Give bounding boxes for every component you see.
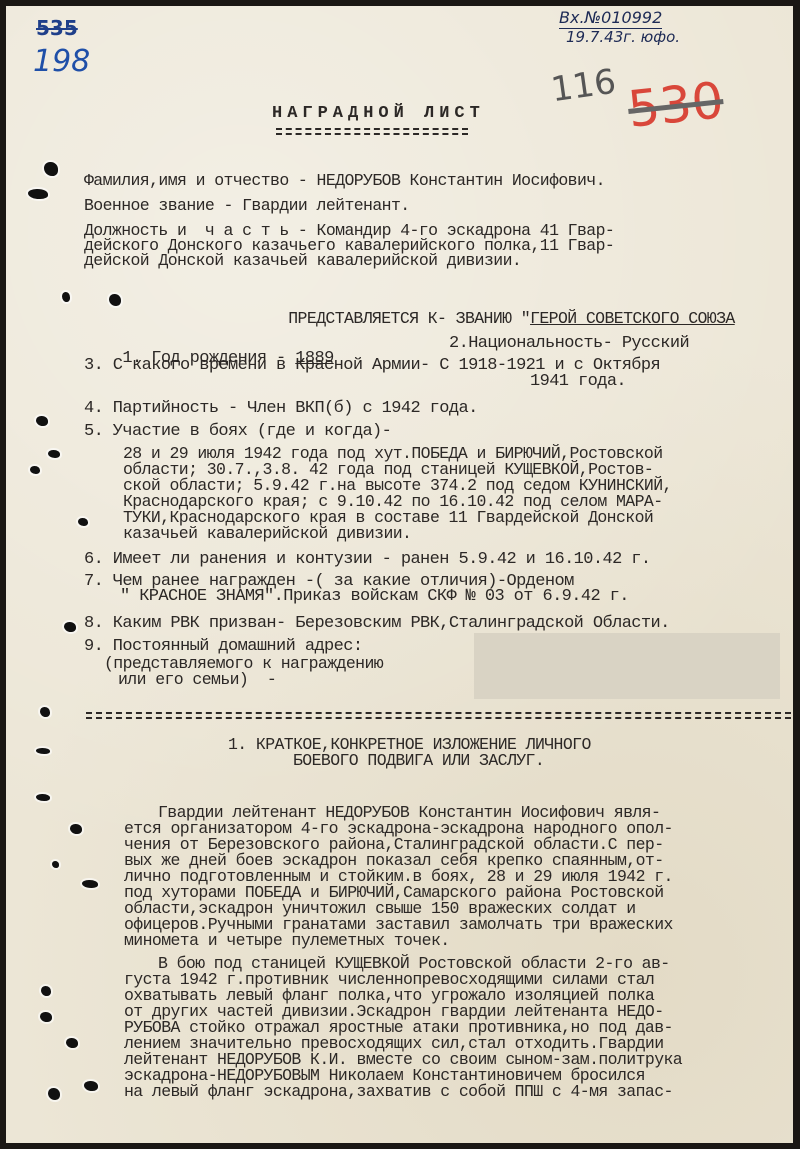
paragraph-1-line: лично подготовленным и стойким.в боях, 2… — [124, 869, 673, 884]
paragraph-2-line: от других частей дивизии.Эскадрон гварди… — [124, 1004, 664, 1019]
paragraph-2-line: на левый фланг эскадрона,захватив с собо… — [124, 1084, 673, 1099]
binding-hole-icon — [66, 1038, 78, 1048]
item-5-battles-line-2: области; 30.7.,3.8. 42 года под станицей… — [123, 462, 653, 477]
rank-field: Военное звание - Гвардии лейтенант. — [84, 198, 410, 213]
paragraph-2-line: эскадрона-НЕДОРУБОВЫМ Николаем Константи… — [124, 1068, 645, 1083]
section-divider — [86, 712, 791, 719]
binding-hole-icon — [84, 1081, 98, 1091]
title-underline — [276, 128, 468, 135]
binding-hole-icon — [70, 824, 82, 834]
paragraph-2-line: густа 1942 г.противник численнопревосход… — [124, 972, 654, 987]
item-5-battles-line-3: ской области; 5.9.42 г.на высоте 374.2 п… — [123, 478, 672, 493]
binding-hole-icon — [36, 416, 48, 426]
binding-hole-icon — [36, 794, 50, 801]
item-5-battles-line-4: Краснодарского края; с 9.10.42 по 16.10.… — [123, 494, 663, 509]
paragraph-1-line: области,эскадрон уничтожил свыше 150 вра… — [124, 901, 636, 916]
position-field-line-3: дейской Донской казачьей кавалерийской д… — [84, 253, 521, 268]
paragraph-2-line: В бою под станицей КУЩЕВКОЙ Ростовской о… — [158, 956, 670, 971]
paragraph-1-line: Гвардии лейтенант НЕДОРУБОВ Константин И… — [158, 805, 660, 820]
item-5-battles-line-1: 28 и 29 июля 1942 года под хут.ПОБЕДА и … — [123, 446, 663, 461]
binding-hole-icon — [28, 189, 48, 199]
redacted-address — [474, 633, 780, 699]
item-9-line-1: 9. Постоянный домашний адрес: — [84, 639, 362, 654]
binding-hole-icon — [48, 1088, 60, 1100]
binding-hole-icon — [52, 861, 59, 868]
item-9-line-2: (представляемого к награждению — [104, 656, 383, 671]
section-1-heading-line-2: БОЕВОГО ПОДВИГА ИЛИ ЗАСЛУГ. — [293, 753, 544, 768]
nomination-award: ГЕРОЙ СОВЕТСКОГО СОЮЗА — [530, 309, 735, 328]
crossed-archive-number: 535 — [36, 16, 78, 40]
document-title: НАГРАДНОЙ ЛИСТ — [272, 104, 485, 123]
binding-hole-icon — [41, 986, 51, 996]
binding-hole-icon — [48, 450, 60, 458]
binding-hole-icon — [109, 294, 121, 306]
binding-hole-icon — [40, 707, 50, 717]
binding-hole-icon — [44, 162, 58, 176]
item-3-line-1: 3. С какого времени в Красной Армии- С 1… — [84, 358, 660, 373]
item-5-battles-line-5: ТУКИ,Краснодарского края в составе 11 Гв… — [123, 510, 653, 525]
incoming-date: 19.7.43г. юфо. — [566, 28, 680, 46]
item-3-line-2: 1941 года. — [530, 374, 626, 389]
item-5-label: 5. Участие в боях (где и когда)- — [84, 424, 391, 439]
paragraph-2-line: лением значительно превосходящих сил,ста… — [124, 1036, 664, 1051]
paragraph-2-line: РУБОВА стойко отражал яростные атаки про… — [124, 1020, 673, 1035]
binding-hole-icon — [78, 518, 88, 526]
paragraph-2-line: охватывать левый фланг полка,что угрожал… — [124, 988, 654, 1003]
archive-number: 198 — [33, 44, 90, 79]
binding-hole-icon — [82, 880, 98, 888]
binding-hole-icon — [64, 622, 76, 632]
name-field: Фамилия,имя и отчество - НЕДОРУБОВ Конст… — [84, 173, 605, 188]
award-sheet-page: 535 198 Вх.№010992 19.7.43г. юфо. 116 53… — [6, 6, 793, 1143]
item-6-wounds: 6. Имеет ли ранения и контузии - ранен 5… — [84, 552, 651, 567]
item-5-battles-line-6: казачьей кавалерийской дивизии. — [123, 526, 411, 541]
nomination-prefix: ПРЕДСТАВЛЯЕТСЯ К- ЗВАНИЮ " — [288, 309, 530, 328]
item-7-line-2: " КРАСНОЕ ЗНАМЯ".Приказ войскам СКФ № 03… — [120, 589, 629, 604]
item-8-enlistment: 8. Каким РВК призван- Березовским РВК,Ст… — [84, 616, 670, 631]
paragraph-2-line: лейтенант НЕДОРУБОВ К.И. вместе со своим… — [124, 1052, 682, 1067]
binding-hole-icon — [30, 466, 40, 474]
item-4-party: 4. Партийность - Член ВКП(б) с 1942 года… — [84, 401, 478, 416]
paragraph-1-line: чения от Березовского района,Сталинградс… — [124, 837, 664, 852]
paragraph-1-line: офицеров.Ручными гранатами заставил замо… — [124, 917, 673, 932]
paragraph-1-line: под хуторами ПОБЕДА и БИРЮЧИЙ,Самарского… — [124, 885, 664, 900]
red-page-number: 530 — [625, 71, 726, 139]
item-9-line-3: или его семьи) - — [118, 672, 276, 687]
paragraph-1-line: миномета и четыре пулеметных точек. — [124, 933, 450, 948]
pencil-page-number: 116 — [549, 62, 619, 111]
binding-hole-icon — [36, 748, 50, 754]
paragraph-1-line: ется организатором 4-го эскадрона-эскадр… — [124, 821, 673, 836]
item-2-nationality: 2.Национальность- Русский — [449, 336, 689, 351]
paragraph-1-line: вых же дней боев эскадрон показал себя к… — [124, 853, 664, 868]
section-1-heading-line-1: 1. КРАТКОЕ,КОНКРЕТНОЕ ИЗЛОЖЕНИЕ ЛИЧНОГО — [228, 737, 591, 752]
binding-hole-icon — [40, 1012, 52, 1022]
binding-hole-icon — [62, 292, 70, 302]
incoming-number: Вх.№010992 — [559, 8, 662, 29]
